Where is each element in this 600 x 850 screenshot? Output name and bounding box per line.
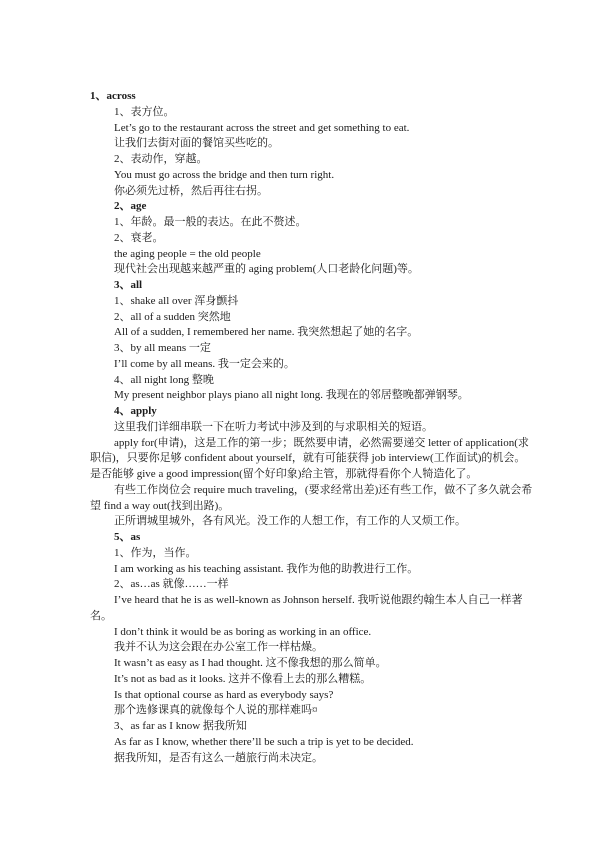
section-heading-apply: 4、apply <box>90 404 510 420</box>
section-heading-across: 1、across <box>90 89 510 105</box>
sense-label: 1、年龄。最一般的表达。在此不赘述。 <box>90 215 510 231</box>
document-page: 1、across 1、表方位。 Let’s go to the restaura… <box>90 89 510 766</box>
section-heading-as: 5、as <box>90 530 510 546</box>
closing-sentence: 正所谓城里城外，各有风光。没工作的人想工作，有工作的人又烦工作。 <box>90 514 510 530</box>
example-english: the aging people = the old people <box>90 247 510 263</box>
example-sentence: All of a sudden, I remembered her name. … <box>90 325 510 341</box>
example-sentence-wrap: 名。 <box>90 609 510 625</box>
example-sentence: I’ve heard that he is as well-known as J… <box>90 593 510 609</box>
example-chinese: 你必须先过桥，然后再往右拐。 <box>90 184 510 200</box>
section-heading-all: 3、all <box>90 278 510 294</box>
phrase-entry: 3、by all means 一定 <box>90 341 510 357</box>
example-sentence: I’ll come by all means. 我一定会来的。 <box>90 357 510 373</box>
example-english: As far as I know, whether there’ll be su… <box>90 735 510 751</box>
phrase-entry: 2、as…as 就像……一样 <box>90 577 510 593</box>
example-chinese: 现代社会出现越来越严重的 aging problem(人口老龄化问题)等。 <box>90 262 510 278</box>
example-english: Let’s go to the restaurant across the st… <box>90 121 510 137</box>
example-sentence: It’s not as bad as it looks. 这并不像看上去的那么糟… <box>90 672 510 688</box>
example-chinese: 据我所知，是否有这么一趟旅行尚未决定。 <box>90 751 510 767</box>
phrase-entry: 1、shake all over 浑身颤抖 <box>90 294 510 310</box>
paragraph-line: 职信)，只要你足够 confident about yourself，就有可能获… <box>90 451 510 467</box>
example-sentence: It wasn’t as easy as I had thought. 这不像我… <box>90 656 510 672</box>
sense-label: 1、作为，当作。 <box>90 546 510 562</box>
paragraph-line: 是否能够 give a good impression(留个好印象)给主管，那就… <box>90 467 510 483</box>
section-heading-age: 2、age <box>90 199 510 215</box>
example-sentence: My present neighbor plays piano all nigh… <box>90 388 510 404</box>
phrase-entry: 3、as far as I know 据我所知 <box>90 719 510 735</box>
sense-label: 1、表方位。 <box>90 105 510 121</box>
sense-label: 2、衰老。 <box>90 231 510 247</box>
intro-sentence: 这里我们详细串联一下在听力考试中涉及到的与求职相关的短语。 <box>90 420 510 436</box>
example-english: Is that optional course as hard as every… <box>90 688 510 704</box>
example-english: You must go across the bridge and then t… <box>90 168 510 184</box>
phrase-entry: 4、all night long 整晚 <box>90 373 510 389</box>
phrase-entry: 2、all of a sudden 突然地 <box>90 310 510 326</box>
paragraph-line: 望 find a way out(找到出路)。 <box>90 499 510 515</box>
example-chinese: 我并不认为这会跟在办公室工作一样枯燥。 <box>90 640 510 656</box>
example-sentence: I am working as his teaching assistant. … <box>90 562 510 578</box>
sense-label: 2、表动作，穿越。 <box>90 152 510 168</box>
example-chinese: 让我们去街对面的餐馆买些吃的。 <box>90 136 510 152</box>
example-english: I don’t think it would be as boring as w… <box>90 625 510 641</box>
paragraph-line: 有些工作岗位会 require much traveling，(要求经常出差)还… <box>90 483 510 499</box>
paragraph-line: apply for(申请)，这是工作的第一步；既然要申请，必然需要递交 lett… <box>90 436 510 452</box>
example-chinese: 那个选修课真的就像每个人说的那样难吗¤ <box>90 703 510 719</box>
